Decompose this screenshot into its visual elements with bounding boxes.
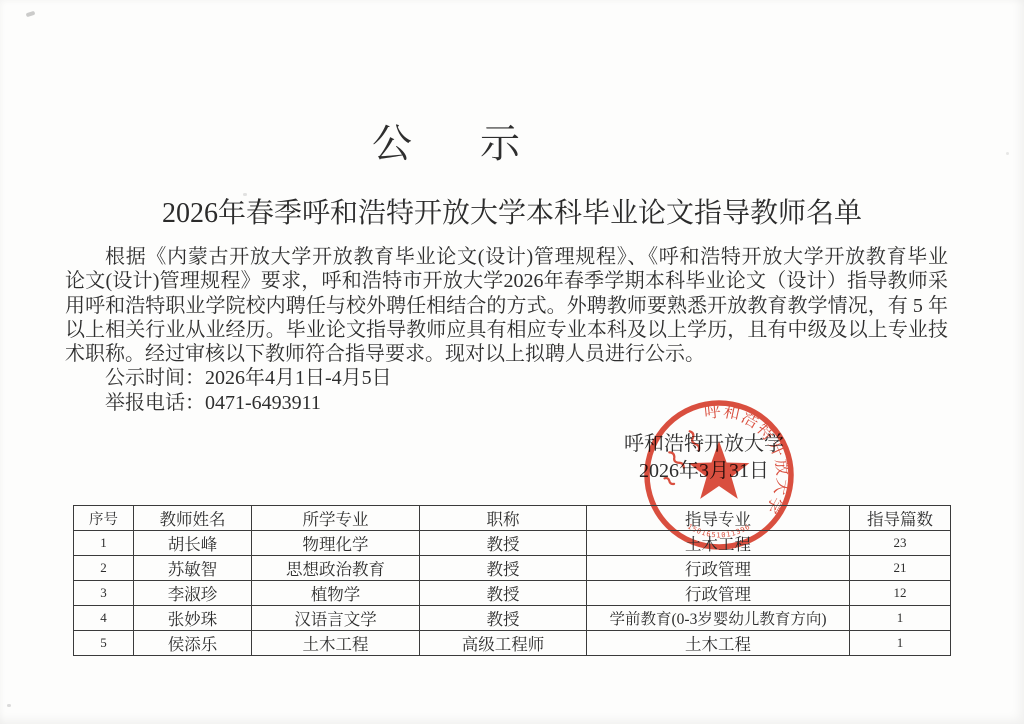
document-page: 公 示 2026年春季呼和浩特开放大学本科毕业论文指导教师名单 根据《内蒙古开放…	[0, 0, 1024, 724]
header-teacher-name: 教师姓名	[134, 506, 252, 531]
cell-teacher-name: 胡长峰	[134, 531, 252, 556]
cell-guided-major: 行政管理	[587, 556, 850, 581]
table-row: 2 苏敏智 思想政治教育 教授 行政管理 21	[74, 556, 951, 581]
cell-studied-major: 物理化学	[252, 531, 420, 556]
paragraph-line: 术职称。经过审核以下教师符合指导要求。现对以上拟聘人员进行公示。	[65, 342, 948, 366]
signature-org: 呼和浩特开放大学	[554, 432, 854, 456]
cell-teacher-name: 张妙珠	[134, 606, 252, 631]
cell-paper-count: 12	[850, 581, 951, 606]
cell-index: 4	[74, 606, 134, 631]
cell-teacher-name: 苏敏智	[134, 556, 252, 581]
scan-speck	[7, 704, 11, 707]
scan-speck	[26, 11, 36, 18]
cell-guided-major: 学前教育(0-3岁婴幼儿教育方向)	[587, 606, 850, 631]
cell-title-rank: 教授	[420, 581, 587, 606]
header-title-rank: 职称	[420, 506, 587, 531]
cell-guided-major: 土木工程	[587, 631, 850, 656]
scan-speck	[1006, 152, 1009, 155]
cell-title-rank: 教授	[420, 556, 587, 581]
cell-title-rank: 教授	[420, 606, 587, 631]
page-title: 公 示	[372, 120, 534, 168]
cell-paper-count: 1	[850, 631, 951, 656]
report-phone-line: 举报电话：0471-6493911	[65, 391, 948, 415]
table-row: 5 侯添乐 土木工程 高级工程师 土木工程 1	[74, 631, 951, 656]
cell-guided-major: 土木工程	[587, 531, 850, 556]
header-paper-count: 指导篇数	[850, 506, 951, 531]
header-studied-major: 所学专业	[252, 506, 420, 531]
cell-title-rank: 高级工程师	[420, 631, 587, 656]
table-header-row: 序号 教师姓名 所学专业 职称 指导专业 指导篇数	[74, 506, 951, 531]
cell-index: 2	[74, 556, 134, 581]
cell-index: 5	[74, 631, 134, 656]
table-row: 1 胡长峰 物理化学 教授 土木工程 23	[74, 531, 951, 556]
cell-guided-major: 行政管理	[587, 581, 850, 606]
cell-studied-major: 思想政治教育	[252, 556, 420, 581]
notice-time-line: 公示时间：2026年4月1日-4月5日	[65, 366, 948, 390]
advisor-table: 序号 教师姓名 所学专业 职称 指导专业 指导篇数 1 胡长峰 物理化学 教授 …	[73, 505, 951, 656]
cell-studied-major: 汉语言文学	[252, 606, 420, 631]
cell-teacher-name: 侯添乐	[134, 631, 252, 656]
table-row: 4 张妙珠 汉语言文学 教授 学前教育(0-3岁婴幼儿教育方向) 1	[74, 606, 951, 631]
header-guided-major: 指导专业	[587, 506, 850, 531]
cell-paper-count: 21	[850, 556, 951, 581]
paragraph-line: 根据《内蒙古开放大学开放教育毕业论文(设计)管理规程》、《呼和浩特开放大学开放教…	[65, 245, 948, 269]
paragraph-line: 以上相关行业从业经历。毕业论文指导教师应具有相应专业本科及以上学历，且有中级及以…	[65, 318, 948, 342]
scan-speck	[243, 193, 247, 196]
cell-studied-major: 植物学	[252, 581, 420, 606]
header-index: 序号	[74, 506, 134, 531]
cell-paper-count: 1	[850, 606, 951, 631]
cell-title-rank: 教授	[420, 531, 587, 556]
cell-index: 3	[74, 581, 134, 606]
body-paragraph: 根据《内蒙古开放大学开放教育毕业论文(设计)管理规程》、《呼和浩特开放大学开放教…	[65, 245, 948, 415]
paragraph-line: 用呼和浩特职业学院校内聘任与校外聘任相结合的方式。外聘教师要熟悉开放教育教学情况…	[65, 294, 948, 318]
cell-index: 1	[74, 531, 134, 556]
cell-paper-count: 23	[850, 531, 951, 556]
table-row: 3 李淑珍 植物学 教授 行政管理 12	[74, 581, 951, 606]
paragraph-line: 论文(设计)管理规程》要求，呼和浩特市开放大学2026年春季学期本科毕业论文（设…	[65, 269, 948, 293]
signature-date: 2026年3月31日	[554, 459, 854, 483]
cell-teacher-name: 李淑珍	[134, 581, 252, 606]
page-subtitle: 2026年春季呼和浩特开放大学本科毕业论文指导教师名单	[0, 197, 1024, 231]
cell-studied-major: 土木工程	[252, 631, 420, 656]
